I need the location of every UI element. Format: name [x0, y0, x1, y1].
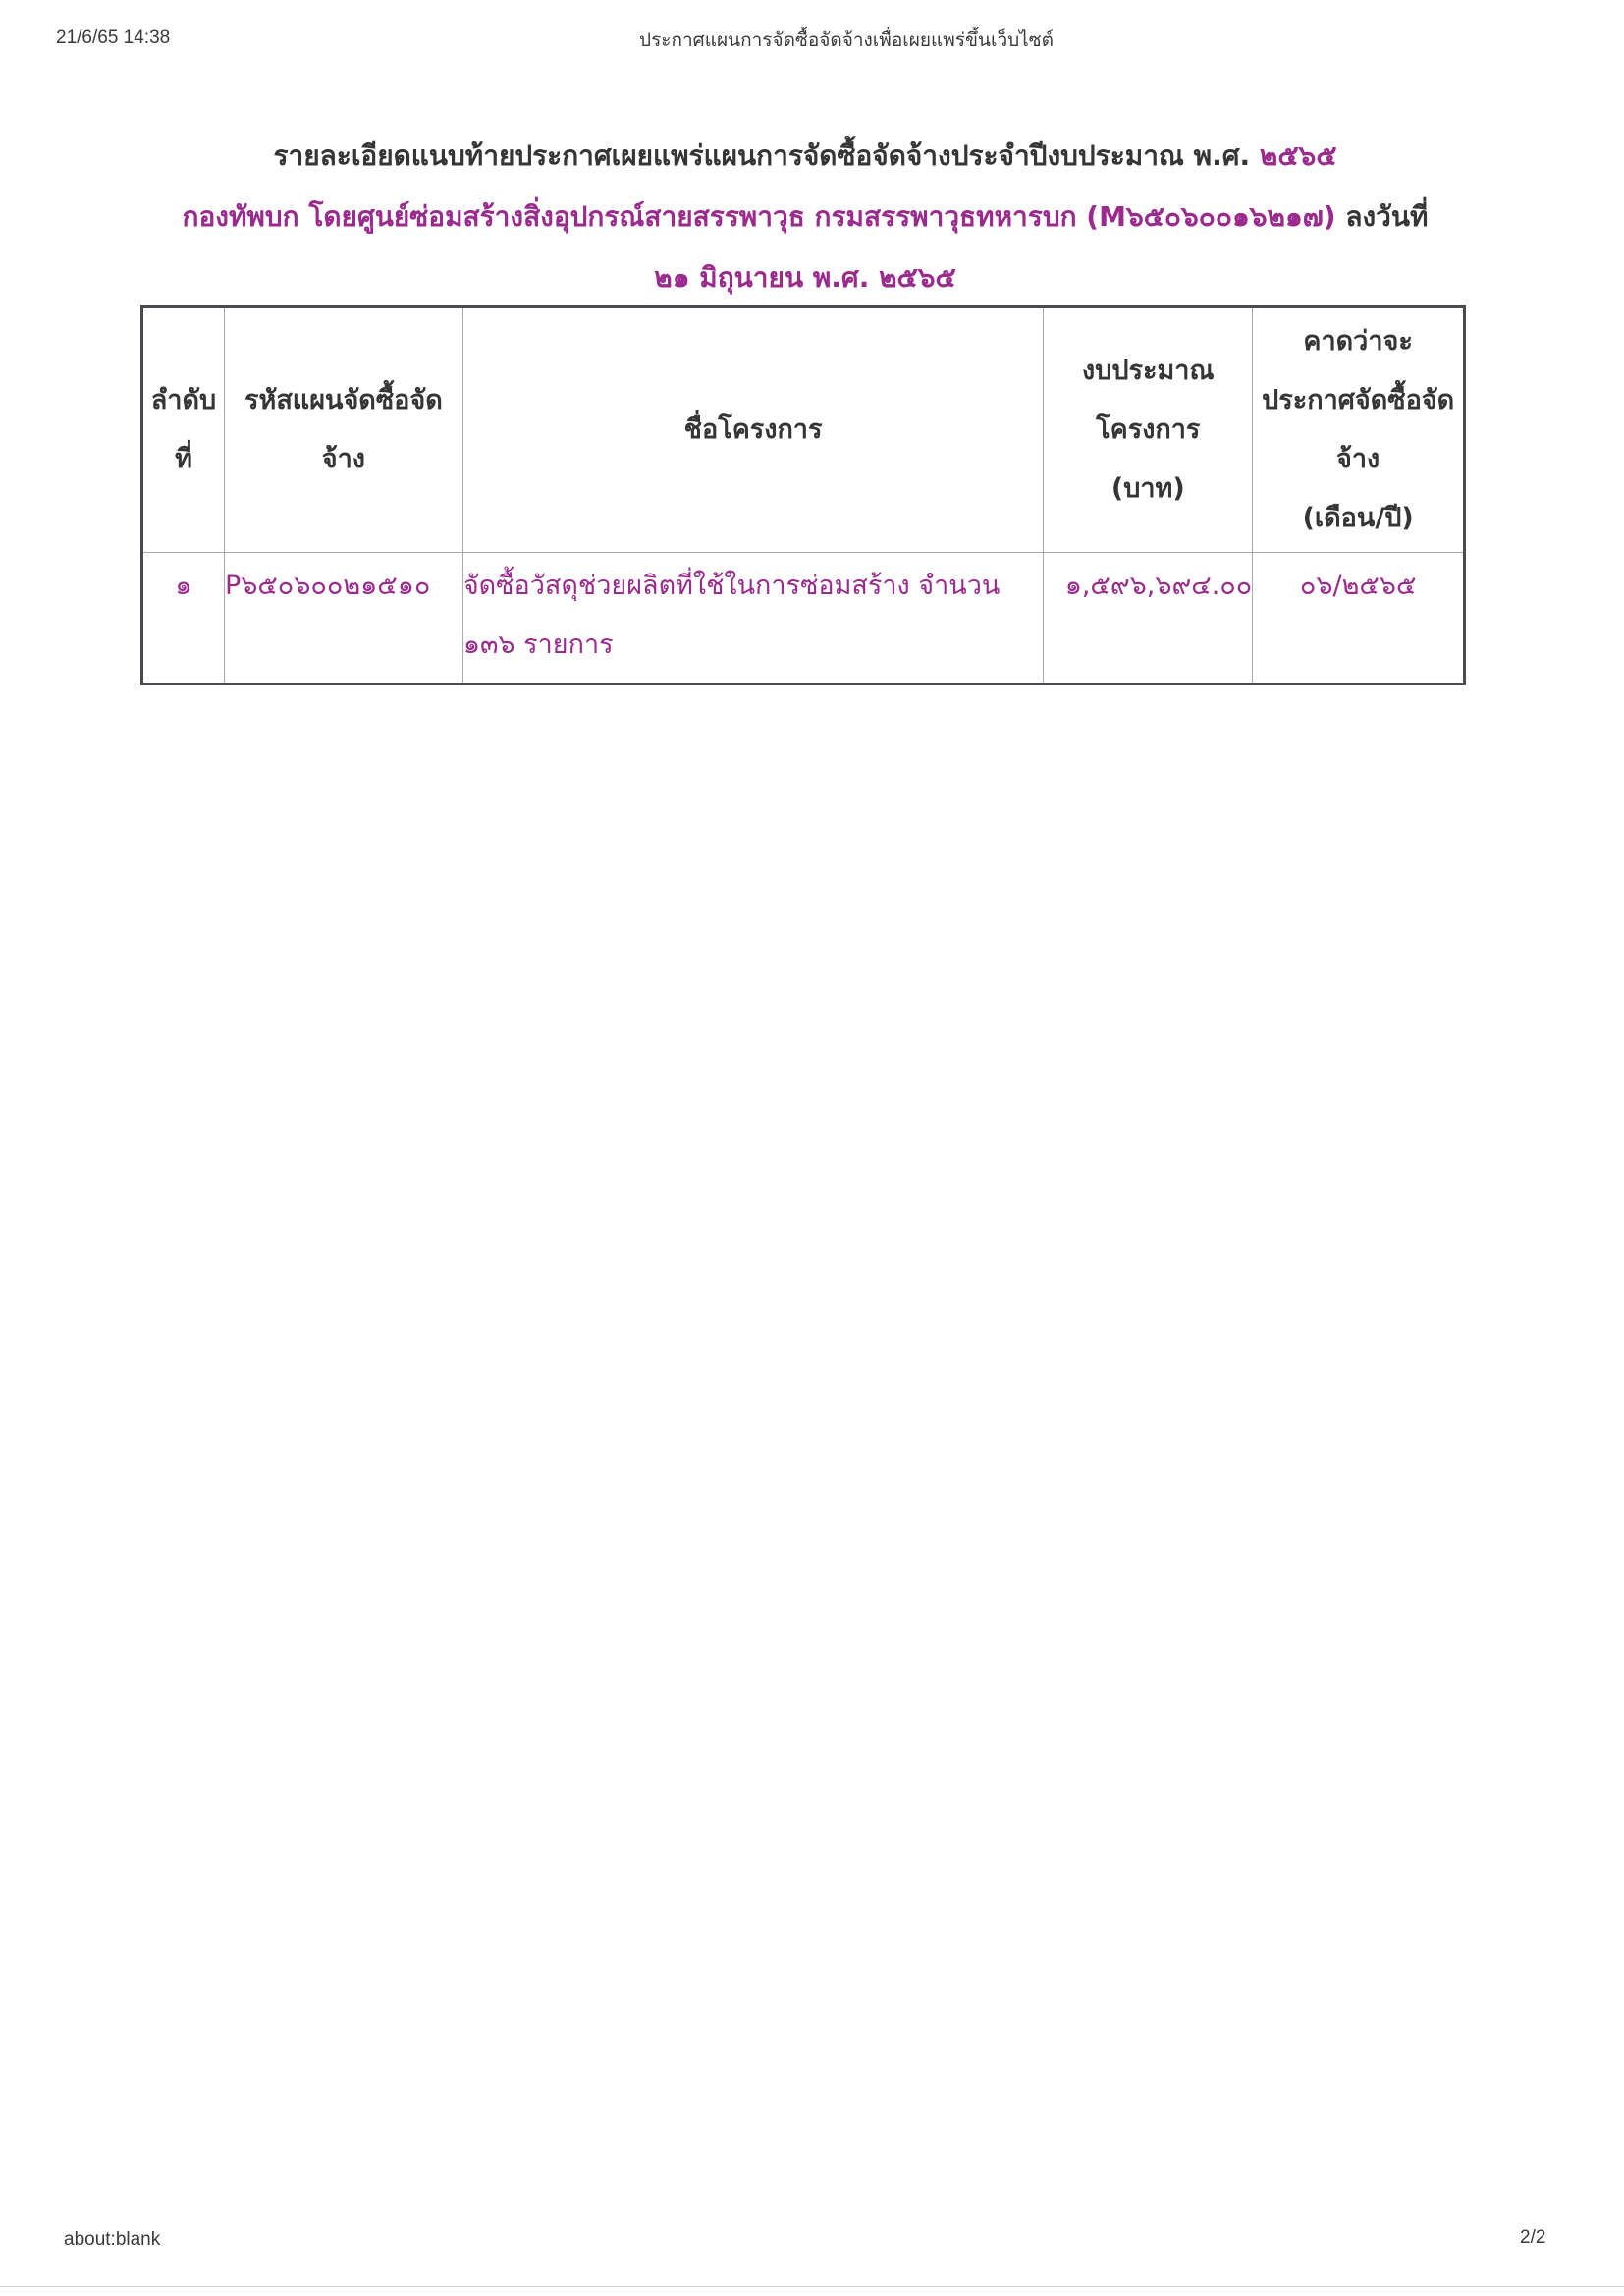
- cell-expected-month-year: ๐๖/๒๕๖๕: [1253, 553, 1465, 684]
- header-project-name: ชื่อโครงการ: [462, 307, 1044, 553]
- header-plan-code: รหัสแผนจัดซื้อจัด จ้าง: [224, 307, 462, 553]
- title-line-1: รายละเอียดแนบท้ายประกาศเผยแพร่แผนการจัดซ…: [137, 126, 1473, 187]
- cell-project-name: จัดซื้อวัสดุช่วยผลิตที่ใช้ในการซ่อมสร้าง…: [462, 553, 1044, 684]
- table-header-row: ลำดับ ที่ รหัสแผนจัดซื้อจัด จ้าง ชื่อโคร…: [142, 307, 1465, 553]
- header-sequence-no: ลำดับ ที่: [142, 307, 225, 553]
- header-expected-month-year: คาดว่าจะ ประกาศจัดซื้อจัด จ้าง (เดือน/ปี…: [1253, 307, 1465, 553]
- title-line-2: กองทัพบก โดยศูนย์ซ่อมสร้างสิ่งอุปกรณ์สาย…: [137, 187, 1473, 247]
- procurement-plan-table: ลำดับ ที่ รหัสแผนจัดซื้อจัด จ้าง ชื่อโคร…: [140, 305, 1466, 685]
- cell-budget: ๑,๕๙๖,๖๙๔.๐๐: [1044, 553, 1253, 684]
- print-url: about:blank: [64, 2229, 160, 2251]
- title-line-3: ๒๑ มิถุนายน พ.ศ. ๒๕๖๕: [137, 247, 1473, 308]
- header-project-budget: งบประมาณ โครงการ (บาท): [1044, 307, 1253, 553]
- table-row: ๑ P๖๕๐๖๐๐๒๑๕๑๐ จัดซื้อวัสดุช่วยผลิตที่ใช…: [142, 553, 1465, 684]
- print-page-title: ประกาศแผนการจัดซื้อจัดจ้างเพื่อเผยแพร่ขึ…: [0, 26, 1624, 55]
- cell-sequence-no: ๑: [142, 553, 225, 684]
- agency-name: กองทัพบก โดยศูนย์ซ่อมสร้างสิ่งอุปกรณ์สาย…: [183, 200, 1077, 233]
- announcement-code: (M๖๕๐๖๐๐๑๖๒๑๗): [1086, 200, 1335, 233]
- fiscal-year: ๒๕๖๕: [1260, 139, 1337, 172]
- announcement-date: ๒๑ มิถุนายน พ.ศ. ๒๕๖๕: [654, 261, 955, 294]
- title-text: รายละเอียดแนบท้ายประกาศเผยแพร่แผนการจัดซ…: [273, 139, 1250, 172]
- footer-divider: [0, 2286, 1624, 2287]
- dated-label: ลงวันที่: [1345, 200, 1428, 233]
- page-number: 2/2: [1520, 2227, 1545, 2249]
- cell-plan-code: P๖๕๐๖๐๐๒๑๕๑๐: [224, 553, 462, 684]
- document-title-block: รายละเอียดแนบท้ายประกาศเผยแพร่แผนการจัดซ…: [137, 126, 1473, 308]
